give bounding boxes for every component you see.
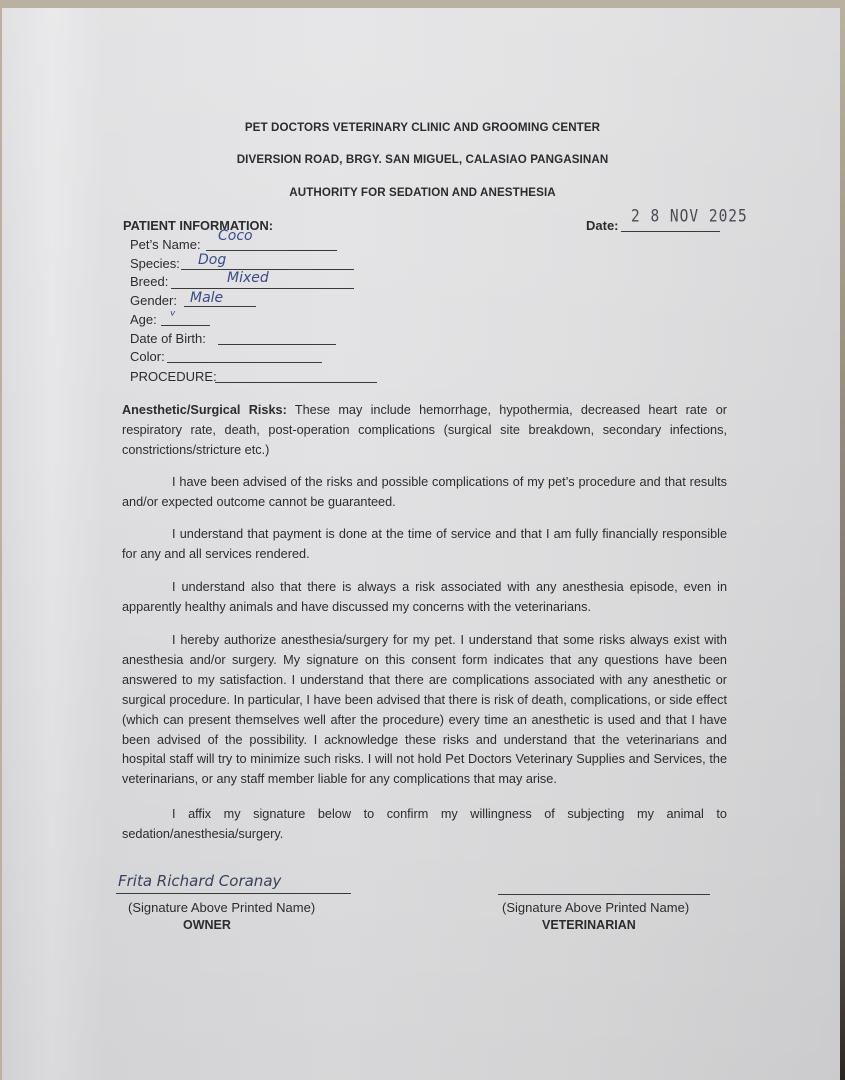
owner-signature-caption: (Signature Above Printed Name)	[128, 900, 315, 915]
breed-value[interactable]: Mixed	[227, 270, 269, 286]
owner-signature[interactable]: Frita Richard Coranay	[118, 872, 281, 890]
affix-signature-paragraph: I affix my signature below to confirm my…	[122, 805, 727, 845]
form-title: AUTHORITY FOR SEDATION AND ANESTHESIA	[0, 186, 845, 199]
age-line	[161, 325, 210, 326]
authorization-paragraph: I hereby authorize anesthesia/surgery fo…	[122, 631, 727, 790]
anesthesia-risk-paragraph: I understand also that there is always a…	[122, 578, 727, 618]
owner-signature-line	[116, 893, 351, 894]
gender-label: Gender:	[130, 293, 177, 308]
procedure-line[interactable]	[215, 382, 377, 383]
color-line[interactable]	[167, 362, 322, 363]
color-label: Color:	[130, 349, 165, 364]
breed-line	[171, 288, 354, 289]
pets-name-label: Pet’s Name:	[130, 237, 201, 252]
breed-label: Breed:	[130, 274, 168, 289]
clinic-address: DIVERSION ROAD, BRGY. SAN MIGUEL, CALASI…	[0, 153, 845, 166]
date-of-birth-line[interactable]	[218, 344, 336, 345]
risks-label: Anesthetic/Surgical Risks:	[122, 403, 287, 417]
date-label: Date:	[586, 218, 619, 233]
owner-role-label: OWNER	[183, 918, 231, 932]
payment-paragraph: I understand that payment is done at the…	[122, 525, 727, 565]
gender-value[interactable]: Male	[190, 290, 223, 306]
veterinarian-signature-line[interactable]	[498, 894, 710, 895]
age-value[interactable]: ᵛ	[170, 308, 176, 324]
date-of-birth-label: Date of Birth:	[130, 331, 206, 346]
veterinarian-signature-caption: (Signature Above Printed Name)	[502, 900, 689, 915]
gender-line	[184, 306, 256, 307]
procedure-label: PROCEDURE:	[130, 369, 217, 384]
species-label: Species:	[130, 256, 180, 271]
pets-name-value[interactable]: Coco	[218, 228, 253, 244]
advised-paragraph: I have been advised of the risks and pos…	[122, 473, 727, 513]
date-stamp-value[interactable]: 2 8 NOV 2025	[631, 208, 748, 226]
date-line	[621, 231, 720, 232]
species-value[interactable]: Dog	[198, 252, 226, 268]
age-label: Age:	[130, 312, 157, 327]
veterinarian-role-label: VETERINARIAN	[542, 918, 636, 932]
pets-name-line	[206, 250, 337, 251]
risks-paragraph: Anesthetic/Surgical Risks: These may inc…	[122, 401, 727, 461]
clinic-name: PET DOCTORS VETERINARY CLINIC AND GROOMI…	[0, 121, 845, 134]
